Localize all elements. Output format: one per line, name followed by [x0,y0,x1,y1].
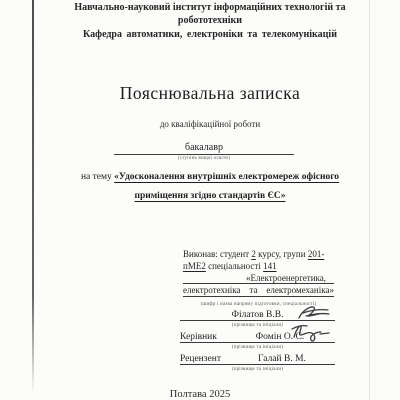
specialty-line-2: електротехнікатаелектромеханіка» [183,284,334,297]
degree-field: бакалавр [114,142,294,155]
document-subtitle: до кваліфікаційної роботи [46,119,374,129]
topic-prefix: на тему [81,172,114,182]
thesis-topic: на тему «Удосконалення внутрішніх електр… [46,168,374,205]
topic-title-part-1: «Удосконалення внутрішніх електромереж о… [114,172,339,182]
signature-section: Філатов В.В. (прізвище та ініціали) Кері… [180,308,335,374]
department-line: Кафедра автоматики, електроніки та телек… [46,28,374,41]
document-title: Пояснювальна записка [46,83,374,104]
specialty-line-1: «Електроенергетика, [183,272,334,284]
city-year: Полтава 2025 [0,389,400,400]
signer-caption: (прізвище та ініціали) [180,365,335,374]
degree-caption: (ступінь вищої освіти) [114,156,294,161]
signature-scribble [289,321,333,345]
topic-line-2: приміщення згідно стандартів ЄС» [46,187,374,206]
signer-row-supervisor: Керівник Фомін О. С. [180,330,335,343]
topic-title-part-2: приміщення згідно стандартів ЄС» [134,191,285,201]
signer-role: Рецензент [180,354,221,364]
institute-line-2: робототехніки [46,14,374,27]
signer-row-student: Філатов В.В. [180,308,335,321]
scanned-title-page: Навчально-науковий інститут інформаційни… [0,0,400,400]
executor-line-2: пМЕ2 спеціальності 141 [183,260,334,272]
signer-row-reviewer: Рецензент Галай В. М. [180,352,335,365]
signature-scribble [295,303,333,323]
university-header: Навчально-науковий інститут інформаційни… [46,1,374,41]
executor-line-1: Виконав: студент 2 курсу, групи 201- [183,248,334,260]
topic-line-1: на тему «Удосконалення внутрішніх електр… [46,168,374,187]
executor-block: Виконав: студент 2 курсу, групи 201- пМЕ… [183,248,334,311]
institute-line-1: Навчально-науковий інститут інформаційни… [46,1,374,14]
scan-binding-edge [32,0,34,394]
signer-role: Керівник [180,332,217,342]
signer-name: Галай В. М. [229,354,335,364]
